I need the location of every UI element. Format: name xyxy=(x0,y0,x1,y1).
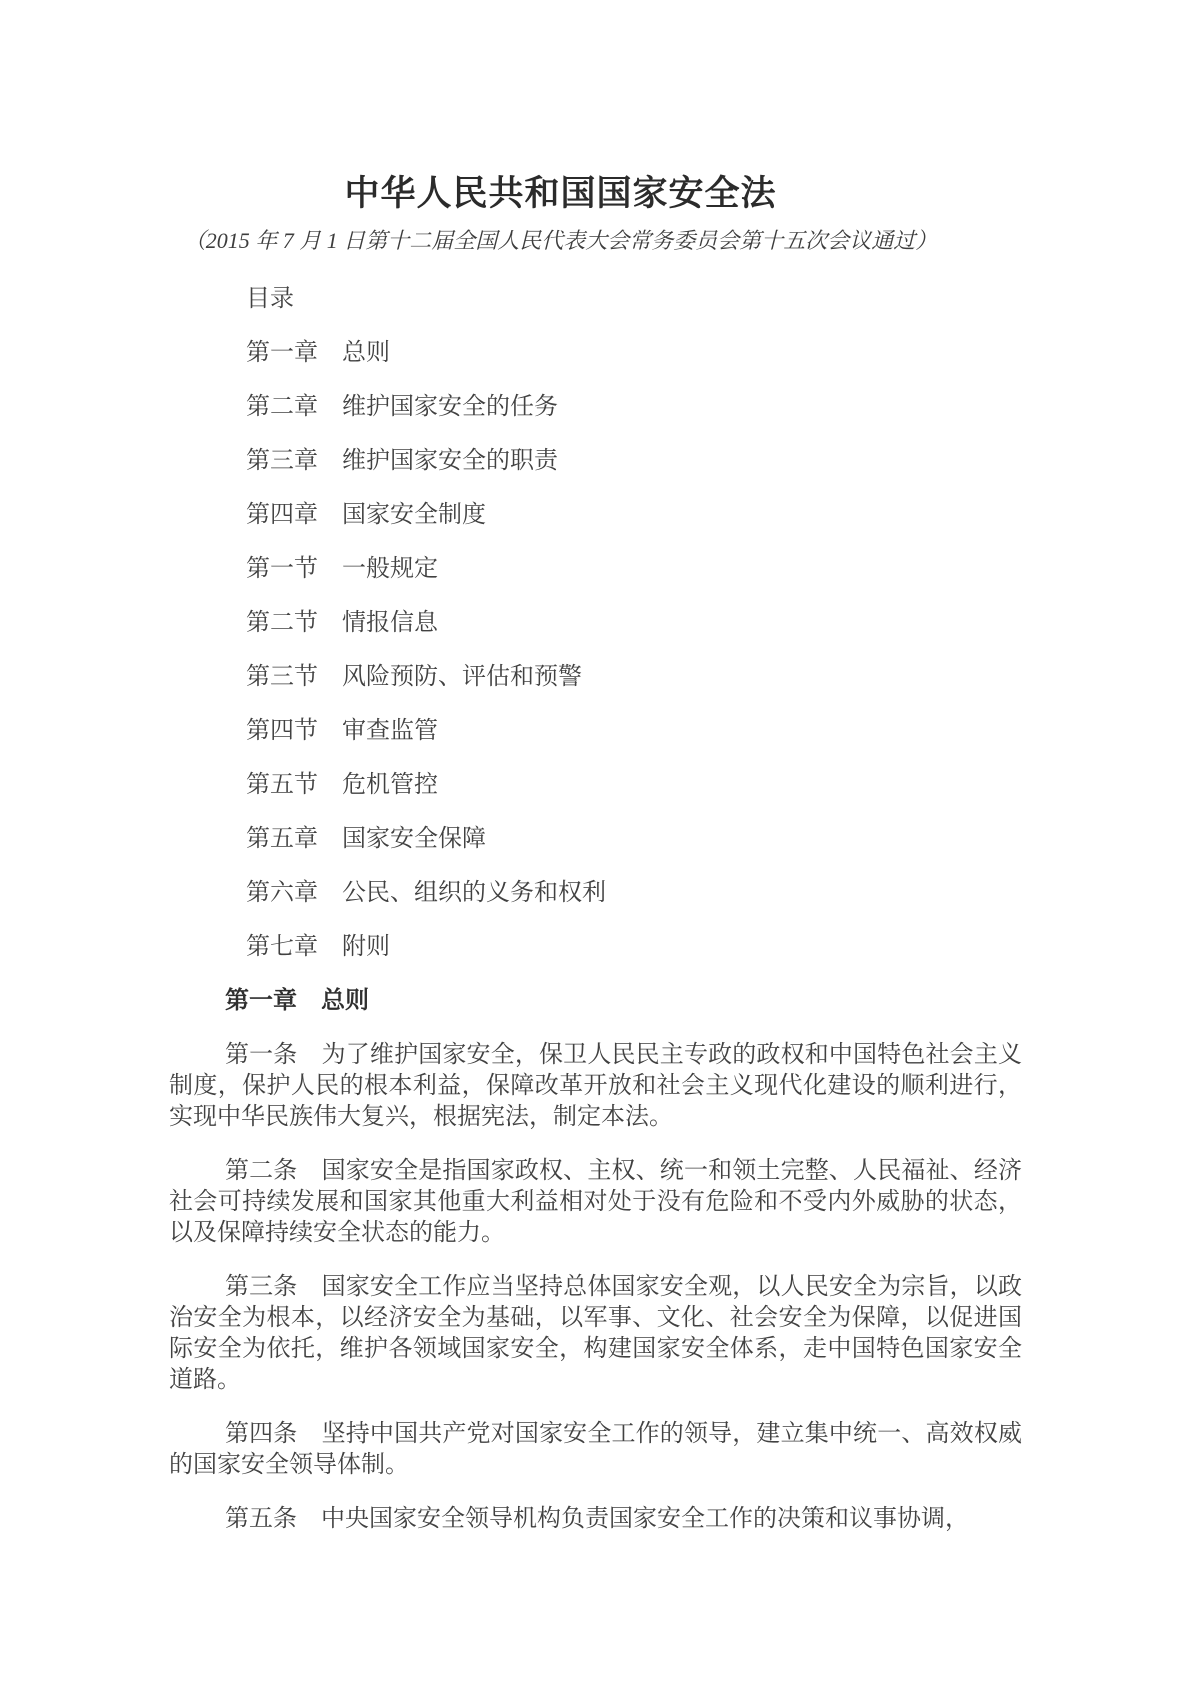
toc-item-section-5: 第五节 危机管控 xyxy=(246,770,1022,801)
article-3-paragraph: 第三条 国家安全工作应当坚持总体国家安全观，以人民安全为宗旨，以政治安全为根本，… xyxy=(169,1272,1022,1396)
toc-item-chapter-7: 第七章 附则 xyxy=(246,932,1022,963)
document-page: 中华人民共和国国家安全法 （2015 年 7 月 1 日第十二届全国人民代表大会… xyxy=(0,0,1191,1684)
toc-item-section-3: 第三节 风险预防、评估和预警 xyxy=(246,662,1022,693)
chapter-1-heading: 第一章 总则 xyxy=(169,986,1022,1017)
toc-heading: 目录 xyxy=(246,284,1022,315)
toc-item-section-4: 第四节 审查监管 xyxy=(246,716,1022,747)
toc-item-chapter-6: 第六章 公民、组织的义务和权利 xyxy=(246,878,1022,909)
toc-item-chapter-2: 第二章 维护国家安全的任务 xyxy=(246,392,1022,423)
document-subtitle: （2015 年 7 月 1 日第十二届全国人民代表大会常务委员会第十五次会议通过… xyxy=(169,226,1022,256)
toc-item-chapter-5: 第五章 国家安全保障 xyxy=(246,824,1022,855)
article-5-paragraph: 第五条 中央国家安全领导机构负责国家安全工作的决策和议事协调， xyxy=(169,1504,1022,1535)
toc-item-chapter-1: 第一章 总则 xyxy=(246,338,1022,369)
document-title: 中华人民共和国国家安全法 xyxy=(169,172,1022,216)
article-4-paragraph: 第四条 坚持中国共产党对国家安全工作的领导，建立集中统一、高效权威的国家安全领导… xyxy=(169,1419,1022,1481)
toc-item-chapter-3: 第三章 维护国家安全的职责 xyxy=(246,446,1022,477)
toc-item-chapter-4: 第四章 国家安全制度 xyxy=(246,500,1022,531)
toc-item-section-1: 第一节 一般规定 xyxy=(246,554,1022,585)
article-1-paragraph: 第一条 为了维护国家安全，保卫人民民主专政的政权和中国特色社会主义制度，保护人民… xyxy=(169,1040,1022,1133)
toc-item-section-2: 第二节 情报信息 xyxy=(246,608,1022,639)
article-2-paragraph: 第二条 国家安全是指国家政权、主权、统一和领土完整、人民福祉、经济社会可持续发展… xyxy=(169,1156,1022,1249)
